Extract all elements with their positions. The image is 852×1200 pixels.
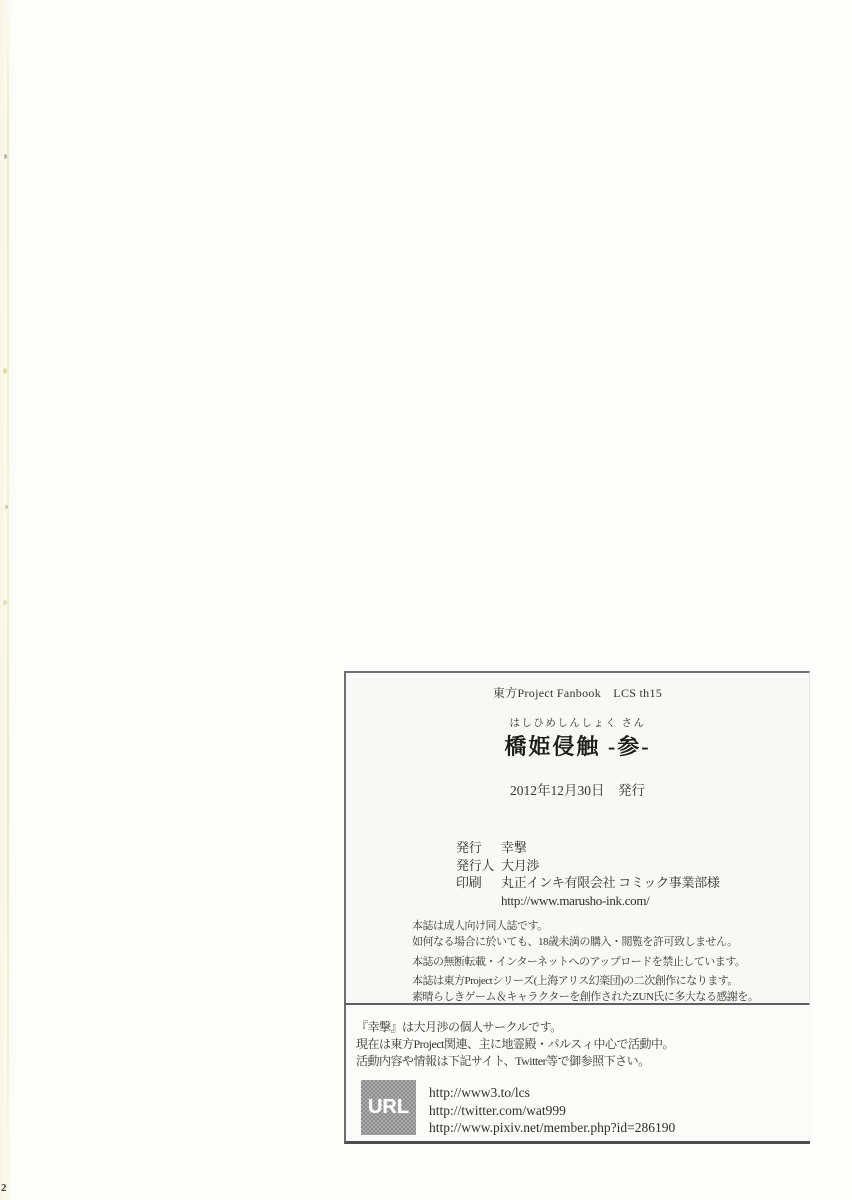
notices-block: 本誌は成人向け同人誌です。 如何なる場合に於いても、18歳未満の購入・閲覧を許可… xyxy=(412,918,758,1005)
url-badge: URL xyxy=(361,1080,416,1135)
credit-label: 印刷 xyxy=(456,874,501,892)
credits-block: 発行 幸撃 発行人 大月渉 印刷 丸正インキ有限会社 コミック事業部様 http… xyxy=(456,839,720,909)
notice-line: 本誌の無断転載・インターネットへのアップロードを禁止しています。 xyxy=(412,954,758,970)
pixiv-url-text: http://www.pixiv.net/member.php?id=28619… xyxy=(429,1119,675,1137)
circle-line: 活動内容や情報は下記サイト、Twitter等で御参照下さい。 xyxy=(356,1053,674,1070)
notice-line: 本誌は成人向け同人誌です。 xyxy=(412,918,758,934)
printer-url-text: http://www.marusho-ink.com/ xyxy=(501,892,649,910)
publication-date: 2012年12月30日 発行 xyxy=(346,779,809,799)
book-title: 橋姫侵触 -参- xyxy=(346,730,809,761)
credit-row-publisher-person: 発行人 大月渉 xyxy=(456,857,720,875)
circle-info-box: 『幸撃』は大月渉の個人サークルです。 現在は東方Project関連、主に地霊殿・… xyxy=(344,1005,810,1144)
page-number: 2 xyxy=(1,1182,7,1194)
circle-line: 『幸撃』は大月渉の個人サークルです。 xyxy=(356,1019,674,1036)
fanbook-series-header: 東方Project Fanbook LCS th15 xyxy=(346,684,809,701)
title-furigana: はしひめしんしょく さん xyxy=(346,715,809,730)
credit-row-publisher: 発行 幸撃 xyxy=(456,839,720,857)
scan-speck xyxy=(3,600,7,605)
notice-line: 素晴らしきゲーム＆キャラクターを創作されたZUN氏に多大なる感謝を。 xyxy=(412,989,758,1005)
circle-description: 『幸撃』は大月渉の個人サークルです。 現在は東方Project関連、主に地霊殿・… xyxy=(356,1019,674,1070)
credit-value: 丸正インキ有限会社 コミック事業部様 xyxy=(501,874,720,892)
twitter-url-text: http://twitter.com/wat999 xyxy=(429,1102,675,1120)
credit-value: 大月渉 xyxy=(501,857,539,875)
scan-speck xyxy=(3,368,7,374)
credit-row-printer: 印刷 丸正インキ有限会社 コミック事業部様 xyxy=(456,874,720,892)
scan-speck xyxy=(4,154,7,159)
credit-label: 発行 xyxy=(456,839,501,857)
notice-line: 本誌は東方Projectシリーズ(上海アリス幻楽団)の二次創作になります。 xyxy=(412,973,758,989)
credit-row-printer-url: http://www.marusho-ink.com/ xyxy=(456,892,720,910)
credit-label: 発行人 xyxy=(456,857,501,875)
circle-line: 現在は東方Project関連、主に地霊殿・パルスィ中心で活動中。 xyxy=(356,1036,674,1053)
credit-label xyxy=(456,892,501,910)
scan-edge-line xyxy=(7,0,9,1200)
colophon-box: 東方Project Fanbook LCS th15 はしひめしんしょく さん … xyxy=(344,671,810,1005)
scanned-colophon-page: 東方Project Fanbook LCS th15 はしひめしんしょく さん … xyxy=(0,0,852,1200)
credit-value: 幸撃 xyxy=(501,839,526,857)
url-list: http://www3.to/lcs http://twitter.com/wa… xyxy=(429,1084,675,1137)
notice-line: 如何なる場合に於いても、18歳未満の購入・閲覧を許可致しません。 xyxy=(412,934,758,950)
scan-speck xyxy=(5,505,8,509)
website-url-text: http://www3.to/lcs xyxy=(429,1084,675,1102)
